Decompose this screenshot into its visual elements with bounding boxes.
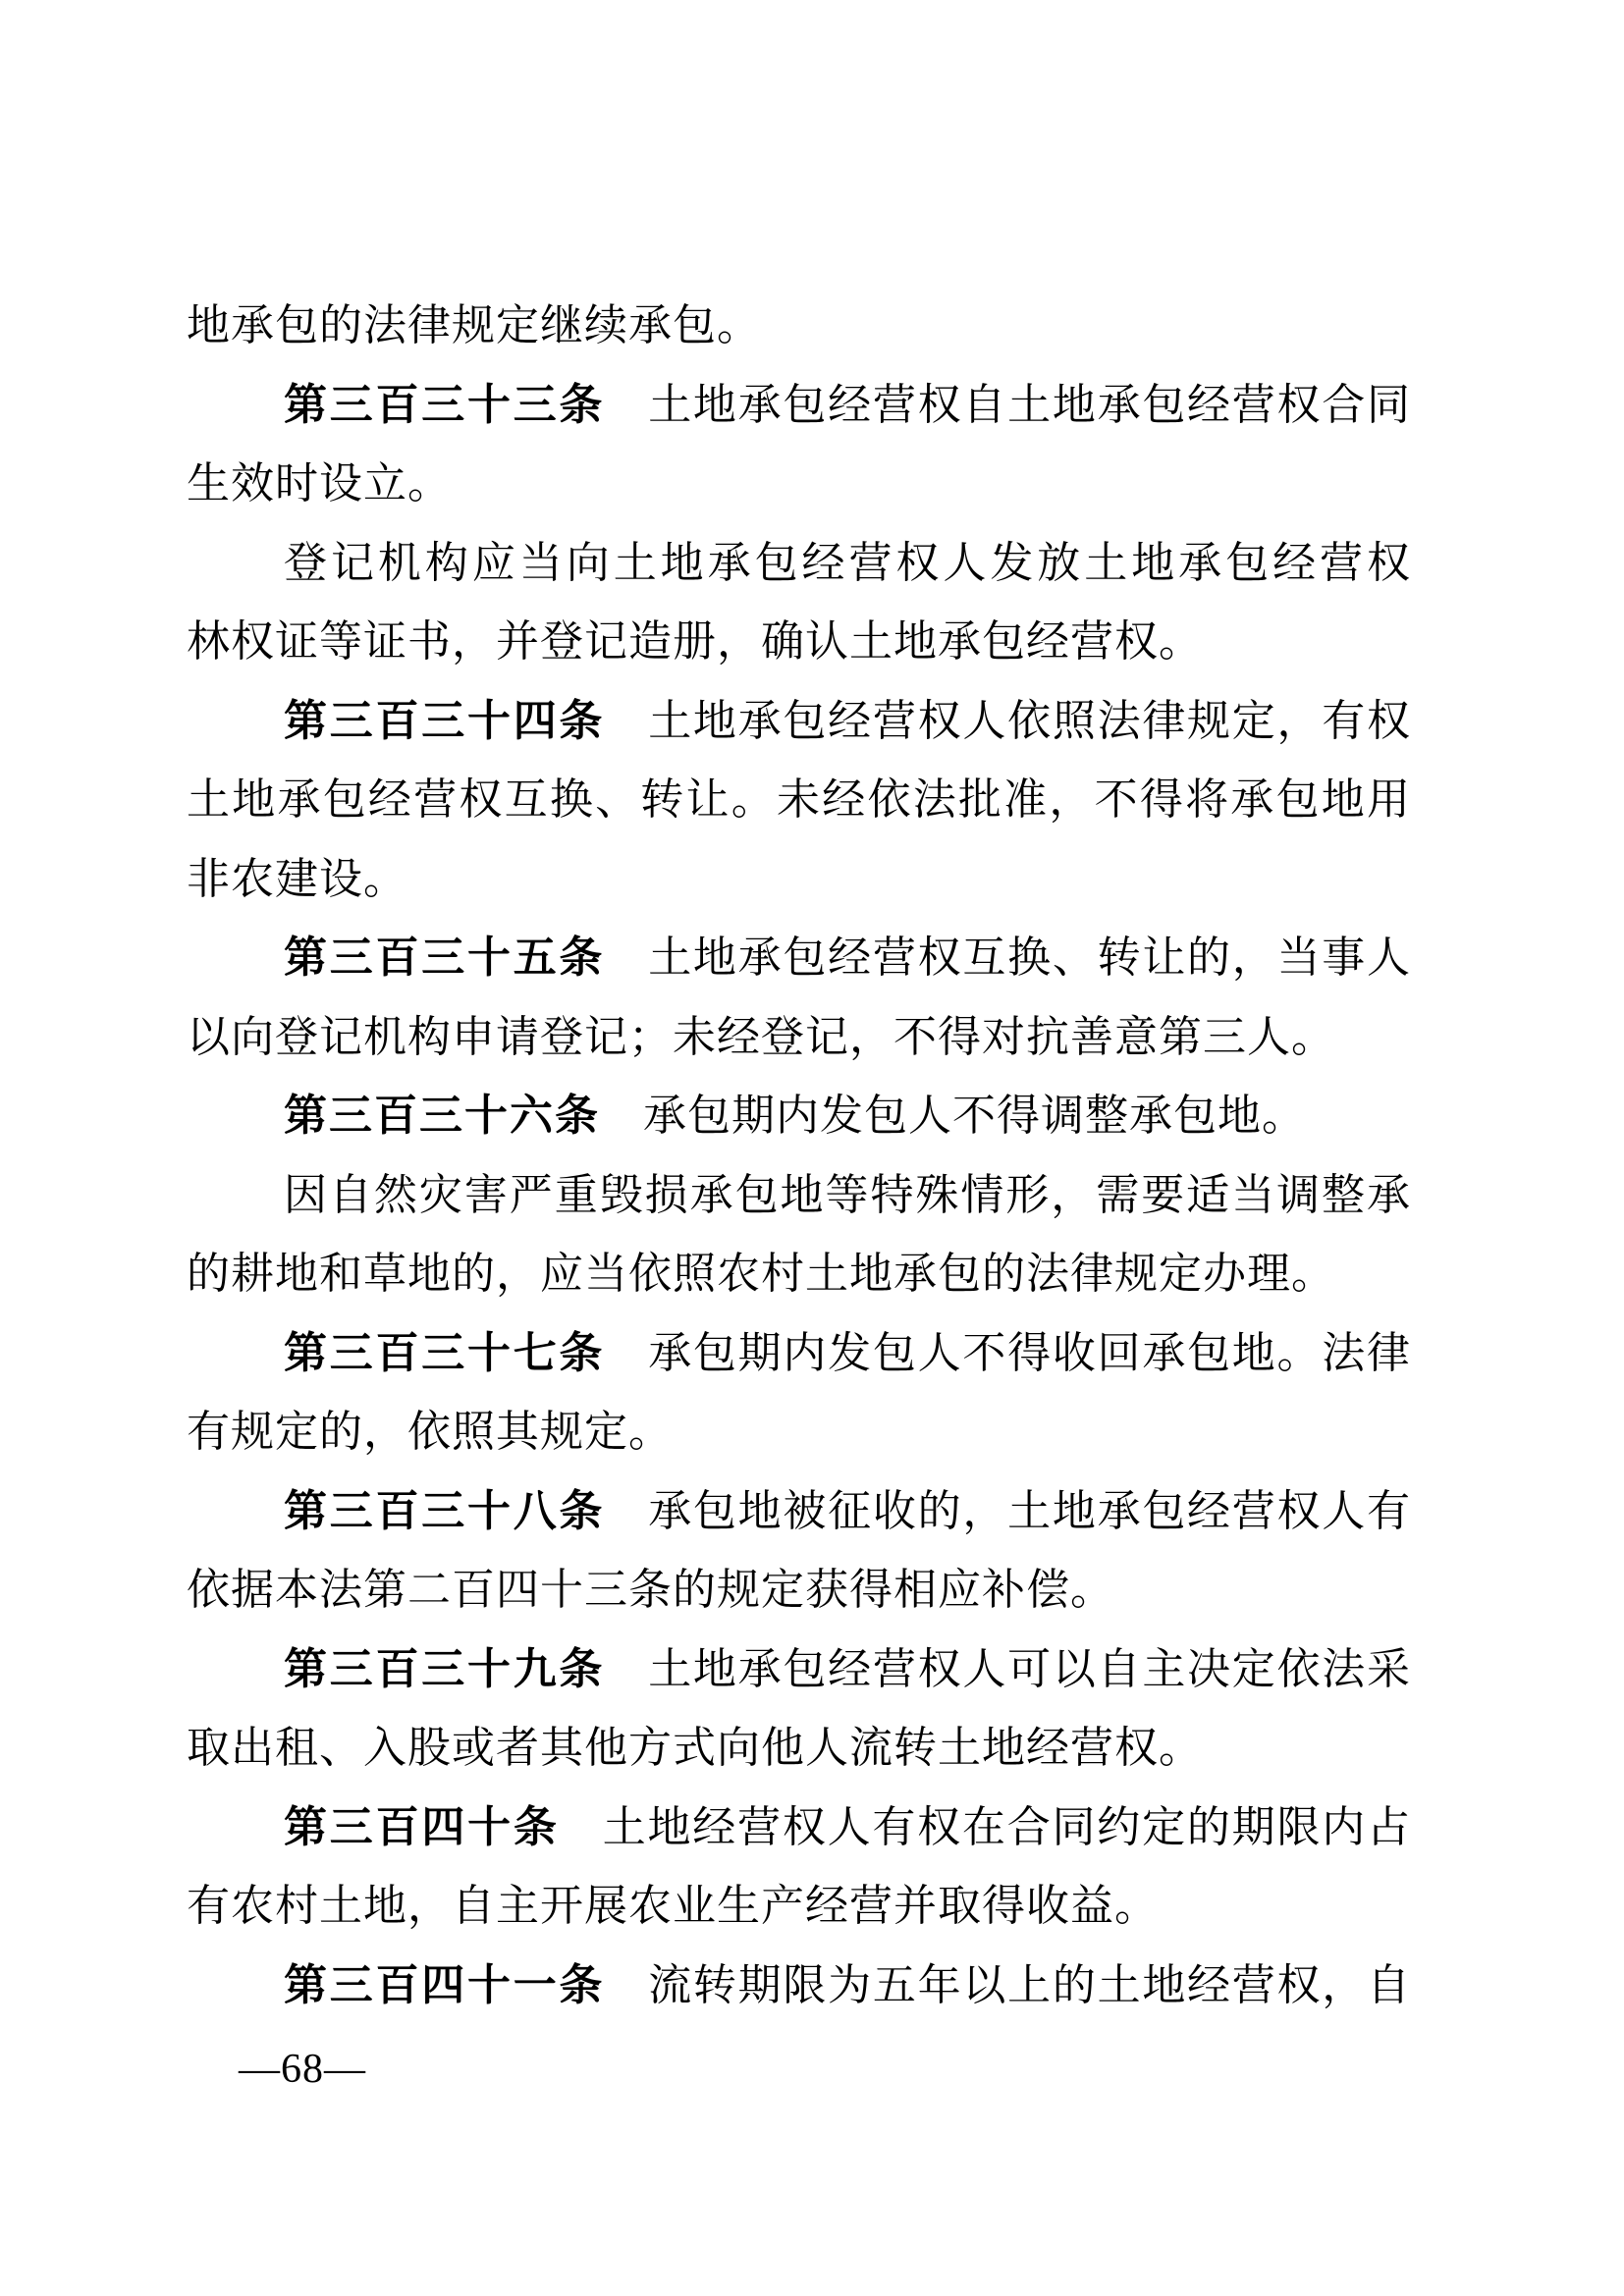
article-number-heading: 第三百三十四条 <box>284 696 605 746</box>
text-line: 土地承包经营权互换、转让。未经依法批准，不得将承包地用于 <box>187 761 1411 840</box>
text-line: 第三百三十三条土地承包经营权自土地承包经营权合同 <box>187 366 1411 446</box>
text-line: 第三百四十条土地经营权人有权在合同约定的期限内占 <box>187 1789 1411 1868</box>
text-line: 生效时设立。 <box>187 445 1411 524</box>
text-line: 第三百三十八条承包地被征收的，土地承包经营权人有权 <box>187 1472 1411 1552</box>
text-line: 地承包的法律规定继续承包。 <box>187 287 1411 366</box>
line-text: 有农村土地，自主开展农业生产经营并取得收益。 <box>187 1882 1159 1930</box>
line-text: 地承包的法律规定继续承包。 <box>187 301 761 349</box>
line-text: 林权证等证书，并登记造册，确认土地承包经营权。 <box>187 617 1203 666</box>
text-line: 第三百四十一条流转期限为五年以上的土地经营权，自流 <box>187 1947 1411 2026</box>
article-number-heading: 第三百三十三条 <box>284 380 605 430</box>
document-page: 地承包的法律规定继续承包。 第三百三十三条土地承包经营权自土地承包经营权合同 生… <box>0 0 1624 2296</box>
line-text: 土地承包经营权自土地承包经营权合同 <box>648 381 1411 429</box>
line-text: 土地承包经营权互换、转让。未经依法批准，不得将承包地用于 <box>187 775 1411 840</box>
line-text: 依据本法第二百四十三条的规定获得相应补偿。 <box>187 1566 1114 1614</box>
line-text: 登记机构应当向土地承包经营权人发放土地承包经营权证、 <box>284 539 1411 604</box>
text-line: 第三百三十六条承包期内发包人不得调整承包地。 <box>187 1077 1411 1156</box>
line-text: 非农建设。 <box>187 855 407 903</box>
text-line: 取出租、入股或者其他方式向他人流转土地经营权。 <box>187 1709 1411 1789</box>
line-text: 因自然灾害严重毁损承包地等特殊情形，需要适当调整承包 <box>284 1171 1411 1236</box>
text-line: 第三百三十九条土地承包经营权人可以自主决定依法采 <box>187 1630 1411 1710</box>
article-number-heading: 第三百三十七条 <box>284 1328 605 1378</box>
line-text: 土地经营权人有权在合同约定的期限内占 <box>603 1803 1411 1851</box>
text-line: 以向登记机构申请登记；未经登记，不得对抗善意第三人。 <box>187 998 1411 1078</box>
article-number-heading: 第三百三十八条 <box>284 1486 605 1536</box>
text-line: 的耕地和草地的，应当依照农村土地承包的法律规定办理。 <box>187 1235 1411 1314</box>
legal-text-block: 地承包的法律规定继续承包。 第三百三十三条土地承包经营权自土地承包经营权合同 生… <box>187 287 1411 2025</box>
text-line: 依据本法第二百四十三条的规定获得相应补偿。 <box>187 1551 1411 1630</box>
text-line: 第三百三十四条土地承包经营权人依照法律规定，有权将 <box>187 682 1411 762</box>
article-number-heading: 第三百四十条 <box>284 1802 560 1852</box>
article-number-heading: 第三百三十五条 <box>284 933 605 983</box>
page-number: —68— <box>239 2040 366 2099</box>
line-text: 有规定的，依照其规定。 <box>187 1408 673 1456</box>
article-number-heading: 第三百三十九条 <box>284 1644 605 1694</box>
text-line: 林权证等证书，并登记造册，确认土地承包经营权。 <box>187 603 1411 682</box>
article-number-heading: 第三百三十六条 <box>284 1091 600 1141</box>
line-text: 以向登记机构申请登记；未经登记，不得对抗善意第三人。 <box>187 1013 1335 1061</box>
text-line: 有规定的，依照其规定。 <box>187 1393 1411 1472</box>
text-line: 第三百三十五条土地承包经营权互换、转让的，当事人可 <box>187 919 1411 998</box>
text-line: 有农村土地，自主开展农业生产经营并取得收益。 <box>187 1867 1411 1947</box>
text-line: 因自然灾害严重毁损承包地等特殊情形，需要适当调整承包 <box>187 1156 1411 1236</box>
line-text: 土地承包经营权人可以自主决定依法采 <box>648 1645 1411 1693</box>
line-text: 的耕地和草地的，应当依照农村土地承包的法律规定办理。 <box>187 1250 1335 1298</box>
text-line: 第三百三十七条承包期内发包人不得收回承包地。法律另 <box>187 1314 1411 1394</box>
line-text: 承包期内发包人不得调整承包地。 <box>643 1092 1306 1140</box>
line-text: 生效时设立。 <box>187 459 452 507</box>
line-text: 取出租、入股或者其他方式向他人流转土地经营权。 <box>187 1724 1203 1772</box>
article-number-heading: 第三百四十一条 <box>284 1960 605 2010</box>
text-line: 登记机构应当向土地承包经营权人发放土地承包经营权证、 <box>187 524 1411 604</box>
text-line: 非农建设。 <box>187 840 1411 920</box>
